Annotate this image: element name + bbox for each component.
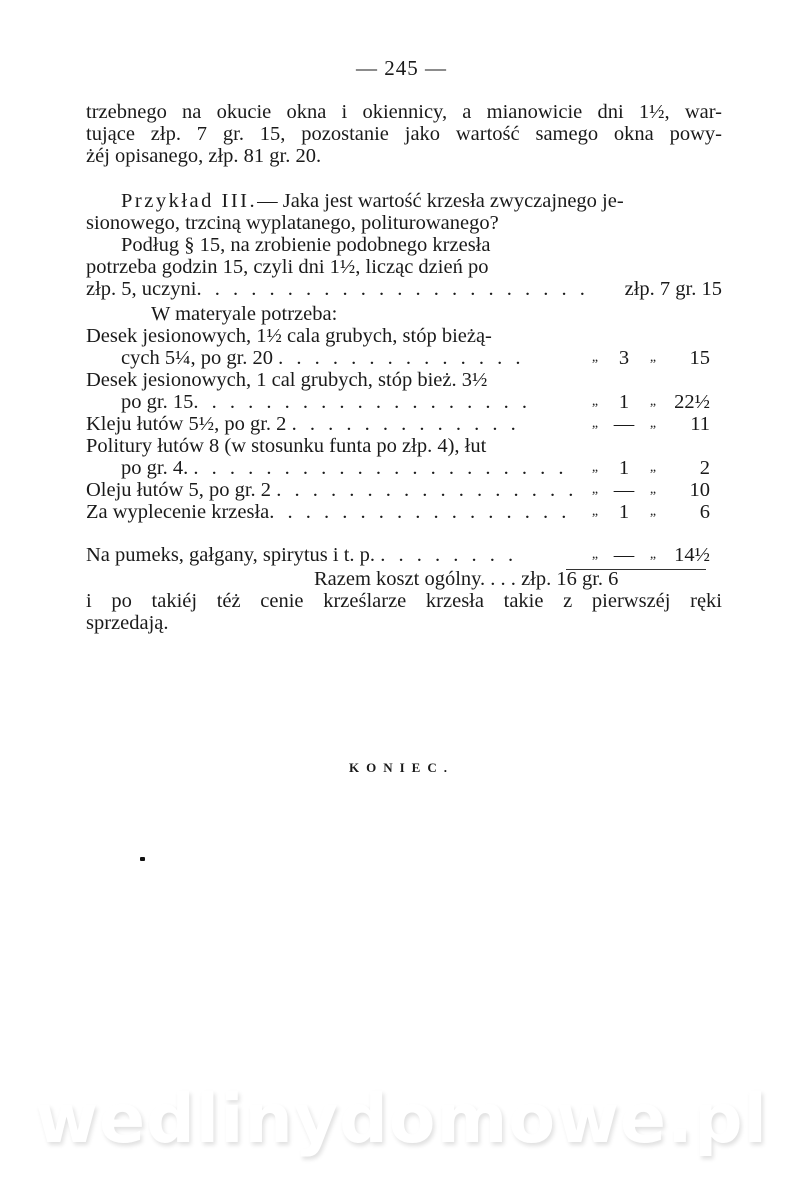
ditto-mark: „ (588, 347, 602, 369)
leader-dots: . . . . . . . . . . . . . . . . . (276, 479, 577, 501)
labor-value: złp. 7 gr. 15 (625, 278, 722, 300)
labor-line2: potrzeba godzin 15, czyli dni 1½, licząc… (86, 256, 488, 278)
item-text: Na pumeks, gałgany, spirytus i t. p. (86, 544, 375, 566)
ditto-mark: „ (646, 479, 660, 501)
amount-zlp: — (612, 544, 636, 566)
item-text: cych 5¼, po gr. 20 (121, 347, 273, 369)
item-line: Politury łutów 8 (w stosunku funta po zł… (86, 435, 486, 457)
item-line: po gr. 15. . . . . . . . . . . . . . . .… (121, 391, 531, 413)
example-question-line1: Przykład III.— Jaka jest wartość krzesła… (121, 190, 624, 212)
closing-line: i po takiéj téż cenie krześlarze krzesła… (86, 590, 722, 612)
amount-zlp: 1 (612, 457, 636, 479)
amount-gr: 15 (665, 347, 710, 369)
amount-zlp: — (612, 413, 636, 435)
labor-text: złp. 5, uczyni (86, 278, 196, 300)
amount-gr: 6 (665, 501, 710, 523)
item-line: po gr. 4. . . . . . . . . . . . . . . . … (121, 457, 567, 479)
ditto-mark: „ (646, 457, 660, 479)
paragraph-line: trzebnego na okucie okna i okiennicy, a … (86, 101, 722, 123)
closing-line: sprzedają. (86, 612, 169, 634)
ditto-mark: „ (588, 413, 602, 435)
amount-zlp: — (612, 479, 636, 501)
ditto-mark: „ (646, 413, 660, 435)
ditto-mark: „ (588, 479, 602, 501)
item-text: Oleju łutów 5, po gr. 2 (86, 479, 271, 501)
item-text: Kleju łutów 5½, po gr. 2 (86, 413, 286, 435)
leader-dots: . . . . . . . . . . . . . . (278, 347, 524, 369)
amount-zlp: 1 (612, 501, 636, 523)
leader-dots: . . . . . . . . . . . . . . . . . . . . … (193, 457, 567, 479)
ditto-mark: „ (588, 391, 602, 413)
amount-gr: 10 (665, 479, 710, 501)
item-line: Desek jesionowych, 1 cal grubych, stóp b… (86, 369, 487, 391)
ditto-mark: „ (588, 457, 602, 479)
amount-gr: 14½ (665, 544, 710, 566)
amount-zlp: 1 (612, 391, 636, 413)
leader-dots: . . . . . . . . (380, 544, 517, 566)
page-number: — 245 — (0, 56, 803, 81)
ditto-mark: „ (646, 391, 660, 413)
ditto-mark: „ (646, 347, 660, 369)
amount-gr: 11 (665, 413, 710, 435)
paragraph-line: żéj opisanego, złp. 81 gr. 20. (86, 145, 321, 167)
item-text: po gr. 4. (121, 457, 188, 479)
book-page: — 245 — trzebnego na okucie okna i okien… (0, 0, 803, 1200)
example-question-line2: sionowego, trzciną wyplatanego, polituro… (86, 212, 499, 234)
ditto-mark: „ (588, 544, 602, 566)
ditto-mark: „ (646, 501, 660, 523)
materials-heading: W materyale potrzeba: (151, 303, 337, 325)
total-label: Razem koszt ogólny. . . . (314, 568, 516, 590)
item-line: Kleju łutów 5½, po gr. 2 . . . . . . . .… (86, 413, 520, 435)
item-line: cych 5¼, po gr. 20 . . . . . . . . . . .… (121, 347, 525, 369)
ink-speck (140, 857, 145, 861)
leader-dots: . . . . . . . . . . . . . . . . . . . (193, 391, 531, 413)
item-text: Za wyplecenie krzesła (86, 501, 269, 523)
item-line: Desek jesionowych, 1½ cala grubych, stóp… (86, 325, 492, 347)
item-line: Na pumeks, gałgany, spirytus i t. p. . .… (86, 544, 517, 566)
total-line: Razem koszt ogólny. . . . złp. 16 gr. 6 (314, 568, 618, 590)
leader-dots: . . . . . . . . . . . . . (292, 413, 520, 435)
amount-gr: 2 (665, 457, 710, 479)
example-label: Przykład III. (121, 190, 257, 212)
labor-line3: złp. 5, uczyni. . . . . . . . . . . . . … (86, 278, 706, 300)
item-line: Oleju łutów 5, po gr. 2 . . . . . . . . … (86, 479, 577, 501)
total-value: złp. 16 gr. 6 (521, 568, 618, 590)
example-question-text: — Jaka jest wartość krzesła zwyczajnego … (257, 190, 624, 212)
item-text: po gr. 15 (121, 391, 193, 413)
amount-gr: 22½ (665, 391, 710, 413)
leader-dots: . . . . . . . . . . . . . . . . . (269, 501, 570, 523)
watermark: wedlinydomowe.pl (0, 1080, 803, 1159)
ditto-mark: „ (588, 501, 602, 523)
labor-line1: Podług § 15, na zrobienie podobnego krze… (121, 234, 490, 256)
ditto-mark: „ (646, 544, 660, 566)
paragraph-line: tujące złp. 7 gr. 15, pozostanie jako wa… (86, 123, 722, 145)
leader-dots: . . . . . . . . . . . . . . . . . . . . … (196, 278, 588, 300)
item-line: Za wyplecenie krzesła. . . . . . . . . .… (86, 501, 570, 523)
end-mark: KONIEC. (0, 760, 803, 776)
amount-zlp: 3 (612, 347, 636, 369)
